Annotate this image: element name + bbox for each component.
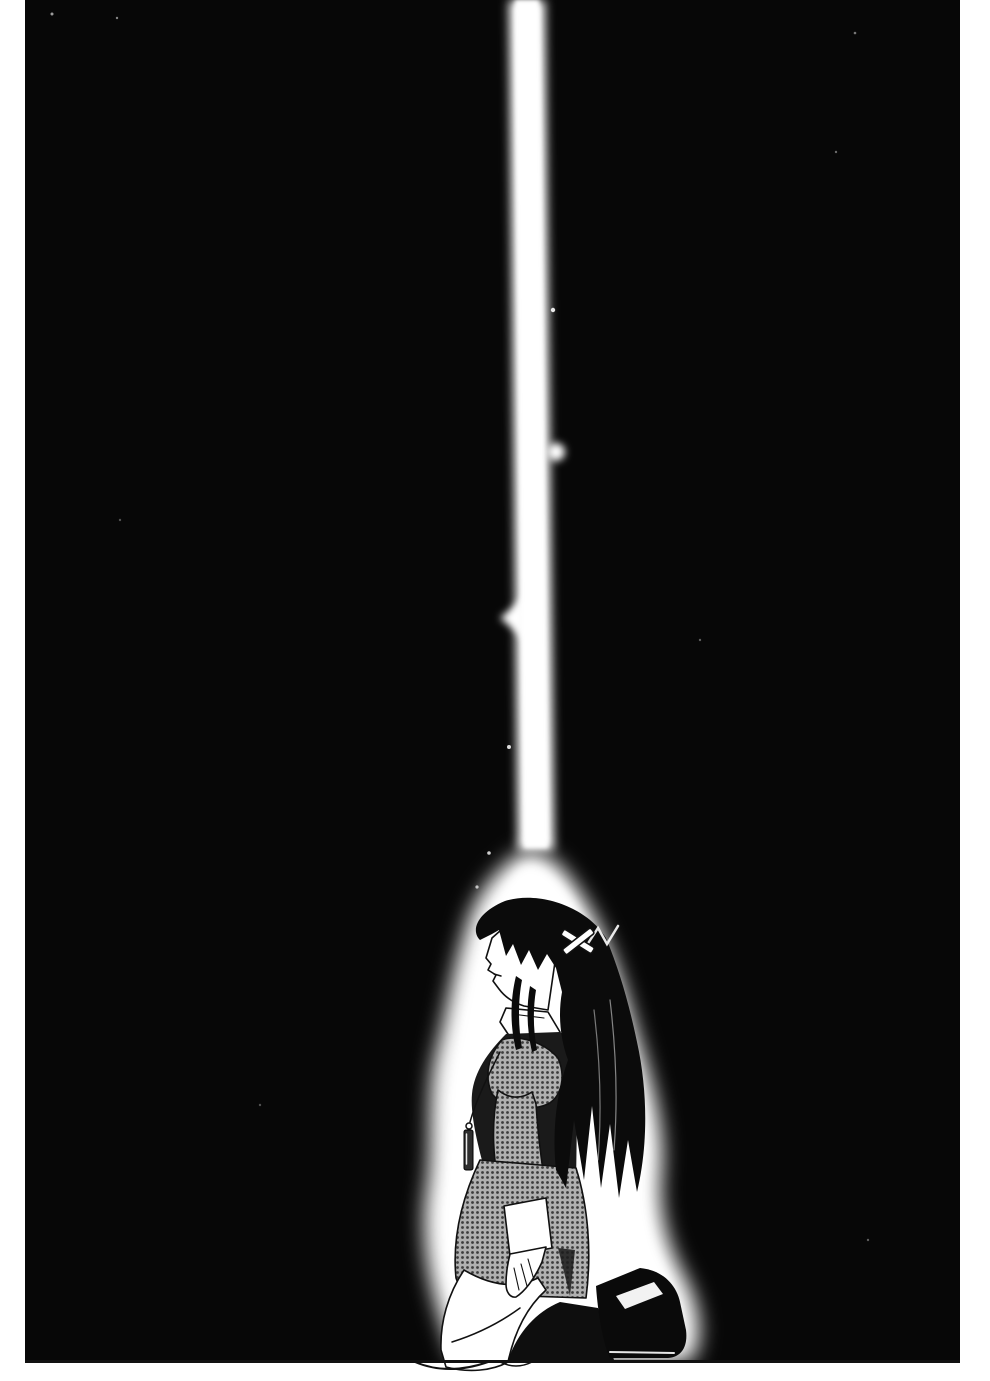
speed-lines-left	[30, 1364, 340, 1378]
speck	[487, 851, 491, 855]
speck	[854, 32, 857, 35]
speck	[867, 1239, 869, 1241]
manga-page	[0, 0, 990, 1381]
beam-flare-right	[547, 443, 565, 461]
speck	[835, 151, 837, 153]
manga-illustration	[0, 0, 990, 1381]
speck	[259, 1104, 261, 1106]
speed-lines-right	[490, 1366, 972, 1378]
speck	[551, 308, 555, 312]
speck	[507, 745, 511, 749]
necklace-pendant	[464, 1130, 473, 1170]
speck	[119, 519, 121, 521]
speck	[51, 13, 54, 16]
speck	[699, 639, 701, 641]
speck	[116, 17, 118, 19]
shoe-sole-highlight	[610, 1352, 674, 1353]
speck	[475, 885, 478, 888]
